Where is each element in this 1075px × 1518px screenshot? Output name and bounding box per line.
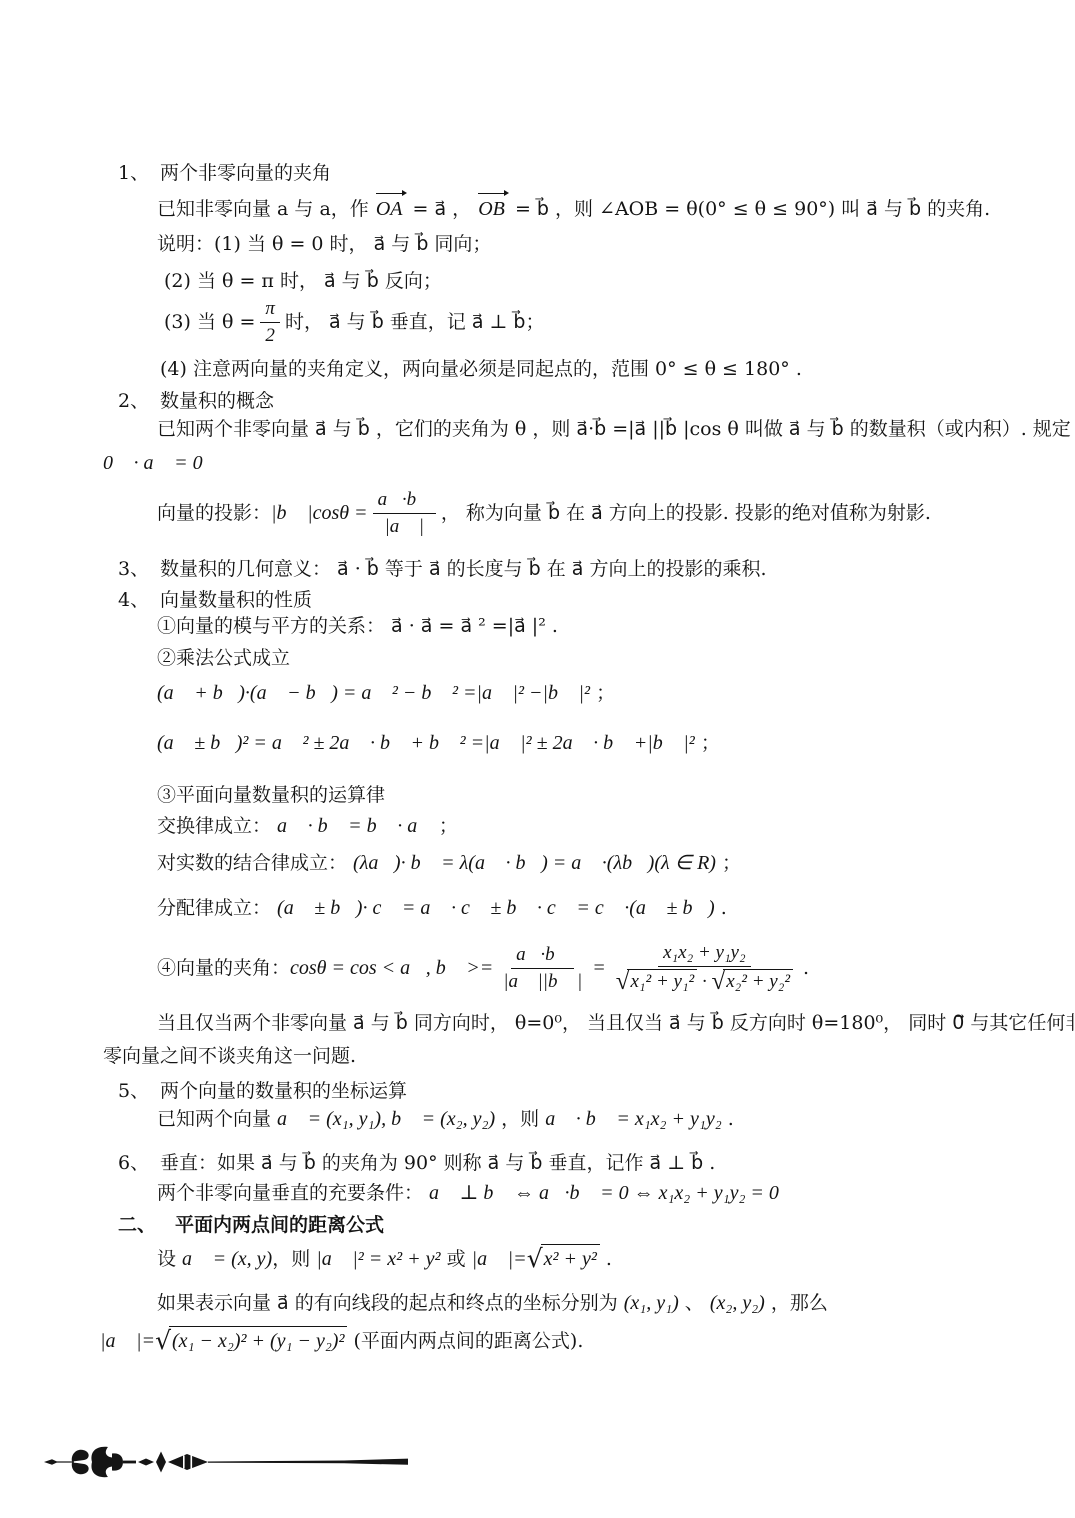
item-title: 数量积的概念 [160,390,274,412]
fraction-projection: a⃗·b⃗|a⃗ | [373,489,436,538]
note-theta-0: 说明：(1) 当 θ = 0 时， a⃗ 与 b⃗ 同向； [157,231,491,258]
perpendicular-condition: 两个非零向量垂直的充要条件： a⃗ ⊥ b⃗ ⇔ a⃗·b⃗ = 0 ⇔ x₁x… [157,1180,779,1207]
vector-arrow-icon [376,193,402,194]
iff-paragraph-line2: 零向量之间不谈夹角这一问题. [103,1043,356,1070]
distance-formula: |a⃗ |=√(x₁ − x₂)² + (y₁ − y₂)² (平面内两点间的距… [100,1326,583,1355]
item6-perpendicular: 6、垂直：如果 a⃗ 与 b⃗ 的夹角为 90° 则称 a⃗ 与 b⃗ 垂直，记… [118,1150,715,1177]
section-number: 二、 [118,1212,175,1239]
distance-endpoints: 如果表示向量 a⃗ 的有向线段的起点和终点的坐标分别为 (x₁, y₁) 、 (… [157,1290,828,1317]
fraction-coordinates: x₁x₂ + y₁y₂√x₁² + y₁² · √x₂² + y₂² [611,942,798,994]
fraction-cos-theta: a⃗·b⃗|a⃗ ||b⃗ | [498,944,587,993]
commutative-law: 交换律成立： a⃗ · b⃗ = b⃗ · a⃗ ； [157,813,458,840]
radicand: (x₁ − x₂)² + (y₁ − y₂)² [169,1326,347,1355]
flourish-divider-icon [44,1444,408,1480]
distance-setup: 设 a⃗ = (x, y)，则 |a⃗ |² = x² + y² 或 |a⃗ |… [157,1244,612,1273]
coordinate-dot-product: 已知两个向量 a⃗ = (x₁, y₁), b⃗ = (x₂, y₂) ，则 a… [157,1106,734,1133]
item-number: 2、 [118,388,160,415]
section-title: 平面内两点间的距离公式 [175,1214,384,1236]
angle-definition-line: 已知非零向量 a 与 a，作 OA = a⃗ ， OB = b⃗ ，则 ∠AOB… [157,192,990,223]
item2-heading: 2、数量积的概念 [118,388,274,415]
dot-product-definition: 已知两个非零向量 a⃗ 与 b⃗ ，它们的夹角为 θ ，则 a⃗·b⃗ =|a⃗… [157,416,1071,443]
item4-heading: 4、向量数量积的性质 [118,587,312,614]
formula-sum-diff-product: (a⃗ + b⃗)·(a⃗ − b⃗) = a⃗ ² − b⃗ ² =|a⃗ |… [157,680,615,707]
note-theta-half-pi: (3) 当 θ =π2 时， a⃗ 与 b⃗ 垂直，记 a⃗ ⊥ b⃗； [164,296,545,348]
footer-flourish-divider [44,1444,408,1484]
item5-heading: 5、两个向量的数量积的坐标运算 [118,1078,407,1105]
item3-geometric-meaning: 3、数量积的几何意义： a⃗ · b⃗ 等于 a⃗ 的长度与 b⃗ 在 a⃗ 方… [118,556,767,583]
projection-line: 向量的投影： |b⃗ |cosθ =a⃗·b⃗|a⃗ |， 称为向量 b⃗ 在 … [157,484,931,542]
math-notes-page: 1、两个非零向量的夹角 已知非零向量 a 与 a，作 OA = a⃗ ， OB … [0,0,1075,1518]
note-angle-range: (4) 注意两向量的夹角定义，两向量必须是同起点的，范围 0° ≤ θ ≤ 18… [160,356,802,383]
fraction-pi-over-2: π2 [260,298,280,347]
property-1-modulus: ①向量的模与平方的关系： a⃗ · a⃗ = a⃗ ² =|a⃗ |² . [157,613,558,640]
vector-OB: OB [477,192,509,223]
item-number: 5、 [118,1078,160,1105]
vector-OA: OA [375,192,407,223]
property-3-heading: ③平面向量数量积的运算律 [157,782,385,809]
zero-vector-rule: 0⃗ · a⃗ = 0 ； [103,450,223,477]
iff-paragraph-line1: 当且仅当两个非零向量 a⃗ 与 b⃗ 同方向时， θ=0⁰， 当且仅当 a⃗ 与… [157,1010,1075,1037]
radicand: x₁² + y₁² [627,969,697,993]
vector-arrow-icon [478,193,504,194]
associative-law: 对实数的结合律成立： (λa⃗)· b⃗ = λ(a⃗ · b⃗) = a⃗ ·… [157,850,741,877]
item-title: 两个向量的数量积的坐标运算 [160,1080,407,1102]
item1-heading: 1、两个非零向量的夹角 [118,160,331,187]
property-4-angle-formula: ④向量的夹角： cosθ = cos < a⃗, b⃗ >=a⃗·b⃗|a⃗ |… [157,935,809,1001]
section2-heading: 二、平面内两点间的距离公式 [118,1212,384,1239]
formula-square-expansion: (a⃗ ± b⃗)² = a⃗ ² ± 2a⃗ · b⃗ + b⃗ ² =|a⃗… [157,730,720,757]
radicand: x₂² + y₂² [723,969,793,993]
property-2-heading: ②乘法公式成立 [157,645,290,672]
distributive-law: 分配律成立： (a⃗ ± b⃗)· c⃗ = a⃗ · c⃗ ± b⃗ · c⃗… [157,895,727,922]
radicand: x² + y² [541,1244,600,1273]
item-title: 向量数量积的性质 [160,589,312,611]
note-theta-pi: (2) 当 θ = π 时， a⃗ 与 b⃗ 反向； [164,268,442,295]
item-title: 两个非零向量的夹角 [160,162,331,184]
item-number: 1、 [118,160,160,187]
item-number: 3、 [118,556,160,583]
item-number: 6、 [118,1150,160,1177]
item-number: 4、 [118,587,160,614]
